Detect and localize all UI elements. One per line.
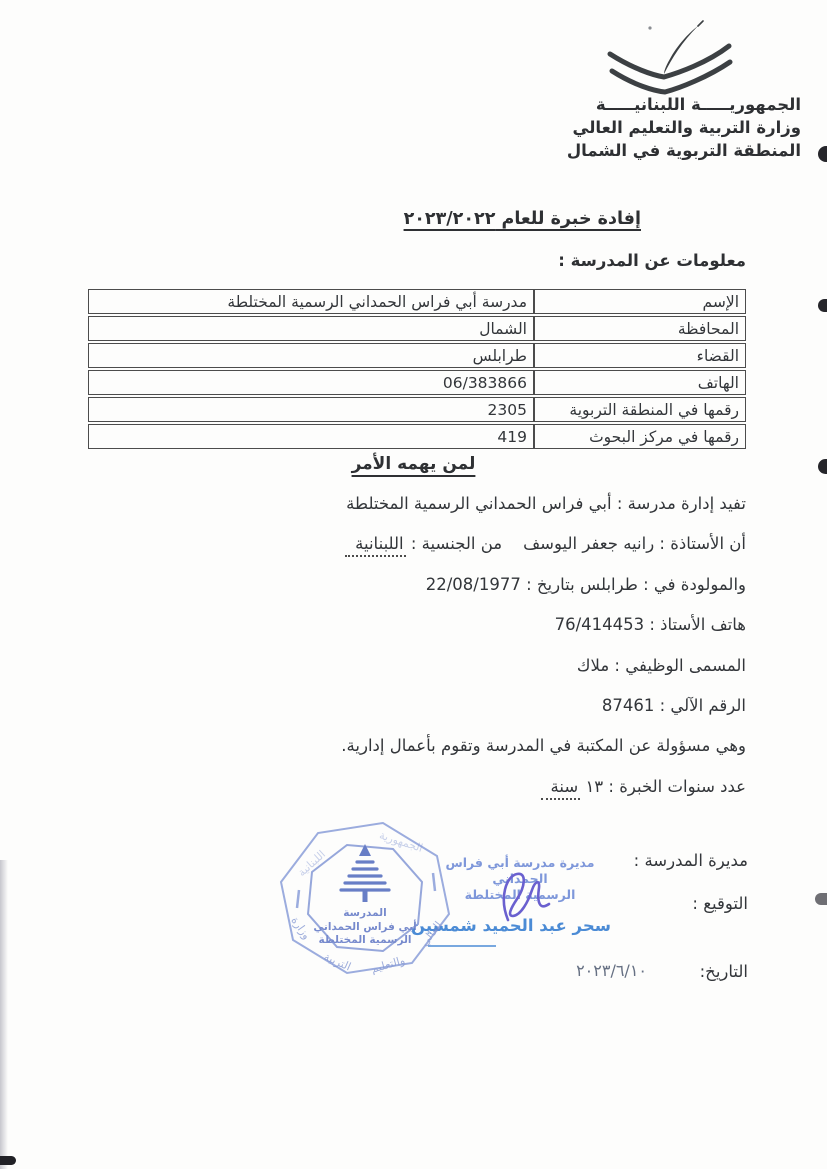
seal-bottom-word: التربية xyxy=(322,950,353,973)
cedar-tree-icon xyxy=(341,844,389,902)
document-title: إفادة خبرة للعام ٢٠٢٣/٢٠٢٢ xyxy=(404,209,641,229)
row-value: 06/383866 xyxy=(88,370,534,395)
director-label: مديرة المدرسة : xyxy=(634,851,748,870)
scan-artifact xyxy=(818,299,827,312)
header-region: المنطقة التربوية في الشمال xyxy=(567,139,801,162)
table-row: رقمها في المنطقة التربوية 2305 xyxy=(88,397,746,422)
letter-heading-wrap: لمن يهمه الأمر xyxy=(0,454,827,474)
header-ministry: وزارة التربية والتعليم العالي xyxy=(567,116,801,139)
row-value: طرابلس xyxy=(88,343,534,368)
row-label: الإسم xyxy=(534,289,746,314)
row-value: مدرسة أبي فراس الحمداني الرسمية المختلطة xyxy=(88,289,534,314)
row-label: الهاتف xyxy=(534,370,746,395)
school-info-heading: معلومات عن المدرسة : xyxy=(558,251,746,270)
seal-center-line1: المدرسة xyxy=(343,907,386,919)
letter-line-phone: هاتف الأستاذ : 76/414453 xyxy=(341,615,746,655)
table-row: الهاتف 06/383866 xyxy=(88,370,746,395)
ministry-header: الجمهوريـــــة اللبنانيـــــة وزارة التر… xyxy=(567,93,801,162)
date-value: ٢٠٢٣/٦/١٠ xyxy=(576,961,647,980)
header-republic: الجمهوريـــــة اللبنانيـــــة xyxy=(567,93,801,116)
school-info-table: الإسم مدرسة أبي فراس الحمداني الرسمية ال… xyxy=(88,287,746,451)
teacher-line-prefix: أن الأستاذة : رانيه جعفر اليوسف من الجنس… xyxy=(406,534,746,553)
row-value: 419 xyxy=(88,424,534,449)
scanned-document-page: الجمهوريـــــة اللبنانيـــــة وزارة التر… xyxy=(0,0,827,1169)
scan-artifact xyxy=(0,1156,16,1165)
letter-line-experience: عدد سنوات الخبرة : ١٣ سنة xyxy=(341,777,746,817)
seal-center-line2: أبي فراس الحمداني xyxy=(313,919,416,933)
signature-label: التوقيع : xyxy=(692,894,748,913)
date-label: التاريخ: xyxy=(700,962,748,981)
scan-edge-shadow xyxy=(0,860,8,1169)
row-label: القضاء xyxy=(534,343,746,368)
table-row: رقمها في مركز البحوث 419 xyxy=(88,424,746,449)
experience-unit: سنة xyxy=(541,777,581,800)
row-label: المحافظة xyxy=(534,316,746,341)
nationality-value: اللبنانية xyxy=(345,534,405,557)
letter-heading: لمن يهمه الأمر xyxy=(338,454,490,474)
row-label: رقمها في المنطقة التربوية xyxy=(534,397,746,422)
row-value: الشمال xyxy=(88,316,534,341)
letter-line-role: وهي مسؤولة عن المكتبة في المدرسة وتقوم ب… xyxy=(341,736,746,776)
experience-line-prefix: عدد سنوات الخبرة : ١٣ xyxy=(580,777,746,796)
scan-artifact xyxy=(818,146,827,162)
seal-center-line3: الرسمية المختلطة xyxy=(318,934,411,946)
open-book-quill-icon xyxy=(602,20,740,102)
letter-body: تفيد إدارة مدرسة : أبي فراس الحمداني الر… xyxy=(341,494,746,817)
letter-line-teacher: أن الأستاذة : رانيه جعفر اليوسف من الجنس… xyxy=(341,534,746,574)
row-value: 2305 xyxy=(88,397,534,422)
table-row: القضاء طرابلس xyxy=(88,343,746,368)
seal-bottom-word: والتعليم xyxy=(370,954,407,976)
seal-top-word: الجمهورية xyxy=(378,829,425,855)
table-row: المحافظة الشمال xyxy=(88,316,746,341)
letter-line-birth: والمولودة في : طرابلس بتاريخ : 22/08/197… xyxy=(341,575,746,615)
letter-line-job-title: المسمى الوظيفي : ملاك xyxy=(341,656,746,696)
letter-line-school: تفيد إدارة مدرسة : أبي فراس الحمداني الر… xyxy=(341,494,746,534)
table-row: الإسم مدرسة أبي فراس الحمداني الرسمية ال… xyxy=(88,289,746,314)
scan-artifact xyxy=(815,893,827,905)
letter-line-auto-number: الرقم الآلي : 87461 xyxy=(341,696,746,736)
row-label: رقمها في مركز البحوث xyxy=(534,424,746,449)
octagonal-cedar-stamp-icon: المدرسة أبي فراس الحمداني الرسمية المختل… xyxy=(252,818,480,980)
scan-artifact xyxy=(818,459,827,474)
